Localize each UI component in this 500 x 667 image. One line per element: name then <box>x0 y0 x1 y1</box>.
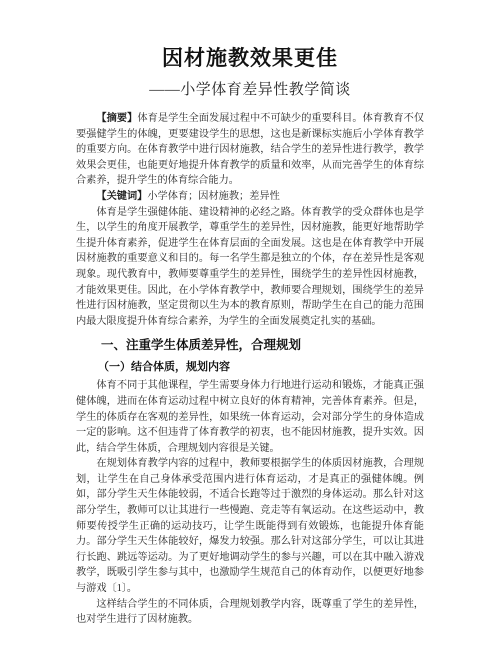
document-body: 【摘要】体育是学生全面发展过程中不可缺少的重要科目。体育教育不仅要强健学生的体魄… <box>76 111 424 628</box>
abstract-text: 体育是学生全面发展过程中不可缺少的重要科目。体育教育不仅要强健学生的体魄，更要建… <box>76 113 424 186</box>
keywords-label: 【关键词】 <box>96 191 147 202</box>
section-1-heading: 一、注重学生体质差异性，合理规划 <box>76 337 424 354</box>
document-page: 因材施教效果更佳 ——小学体育差异性教学简谈 【摘要】体育是学生全面发展过程中不… <box>0 0 500 667</box>
abstract-paragraph: 【摘要】体育是学生全面发展过程中不可缺少的重要科目。体育教育不仅要强健学生的体魄… <box>76 111 424 189</box>
page-subtitle: ——小学体育差异性教学简谈 <box>76 81 424 99</box>
introduction-paragraph: 体育是学生强健体能、建设精神的必经之路。体育教学的受众群体也是学生，以学生的角度… <box>76 205 424 330</box>
abstract-label: 【摘要】 <box>96 113 137 124</box>
keywords-text: 小学体育；因材施教；差异性 <box>147 191 279 202</box>
subsection-1-paragraph-1: 体育不同于其他课程，学生需要身体力行地进行运动和锻炼，才能真正强健体魄，进而在体… <box>76 378 424 456</box>
subsection-1-heading: （一）结合体质，规划内容 <box>76 360 424 375</box>
keywords-paragraph: 【关键词】小学体育；因材施教；差异性 <box>76 189 424 205</box>
page-title: 因材施教效果更佳 <box>76 47 424 71</box>
subsection-1-paragraph-2: 在规划体育教学内容的过程中，教师要根据学生的体质因材施教，合理规划，让学生在自己… <box>76 456 424 596</box>
subsection-1-paragraph-3: 这样结合学生的不同体质，合理规划教学内容，既尊重了学生的差异性，也对学生进行了因… <box>76 597 424 628</box>
